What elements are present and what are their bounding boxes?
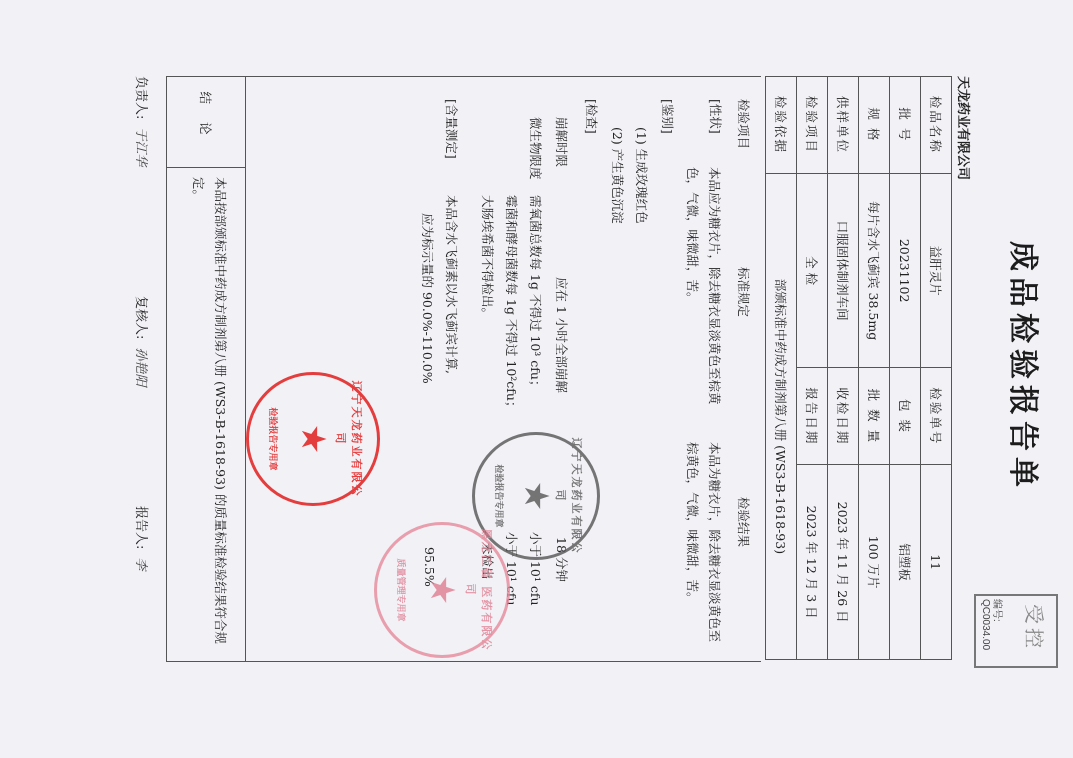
inspection-report-page: 成品检验报告单 受控 编号: QC0034.00 天龙药业有限公司 检品名称 益… — [90, 42, 1070, 692]
conclusion-section: 结论 本品按部颁标准中药成方制剂第八册 (WS3-B-1618-93) 的质量标… — [166, 76, 246, 662]
info-table: 检品名称 益肝灵片 检验单号 11 批 号 20231102 包 装 铝塑板 规… — [765, 76, 952, 660]
table-row: 批 号 20231102 包 装 铝塑板 — [889, 77, 920, 660]
pink-receiver-stamp: 黑龙江省 医药有限公司 ★ 质量管理专用章 — [374, 522, 510, 658]
controlled-stamp: 受控 编号: QC0034.00 — [974, 594, 1058, 668]
table-row: 检品名称 益肝灵片 检验单号 11 — [920, 77, 951, 660]
controlled-stamp-number: 编号: QC0034.00 — [980, 599, 1006, 666]
table-row: 规 格 每片含水飞蓟宾 38.5mg 批 数 量 100 万片 — [858, 77, 889, 660]
table-row: 供样单位 口服固体制剂车间 收检日期 2023 年 11 月 26 日 — [827, 77, 858, 660]
star-icon: ★ — [519, 481, 553, 511]
table-row: 检验依据 部颁标准中药成方制剂第八册 (WS3-B-1618-93) — [765, 77, 796, 660]
table-row: 检验项目 全 检 报告日期 2023 年 12 月 3 日 — [796, 77, 827, 660]
company-name: 天龙药业有限公司 — [955, 76, 974, 180]
red-company-stamp: 辽宁天龙药业有限公司 ★ 检验报告专用章 — [246, 372, 380, 506]
controlled-stamp-text: 受控 — [1021, 604, 1050, 652]
star-icon: ★ — [296, 424, 330, 454]
star-icon: ★ — [425, 575, 459, 605]
